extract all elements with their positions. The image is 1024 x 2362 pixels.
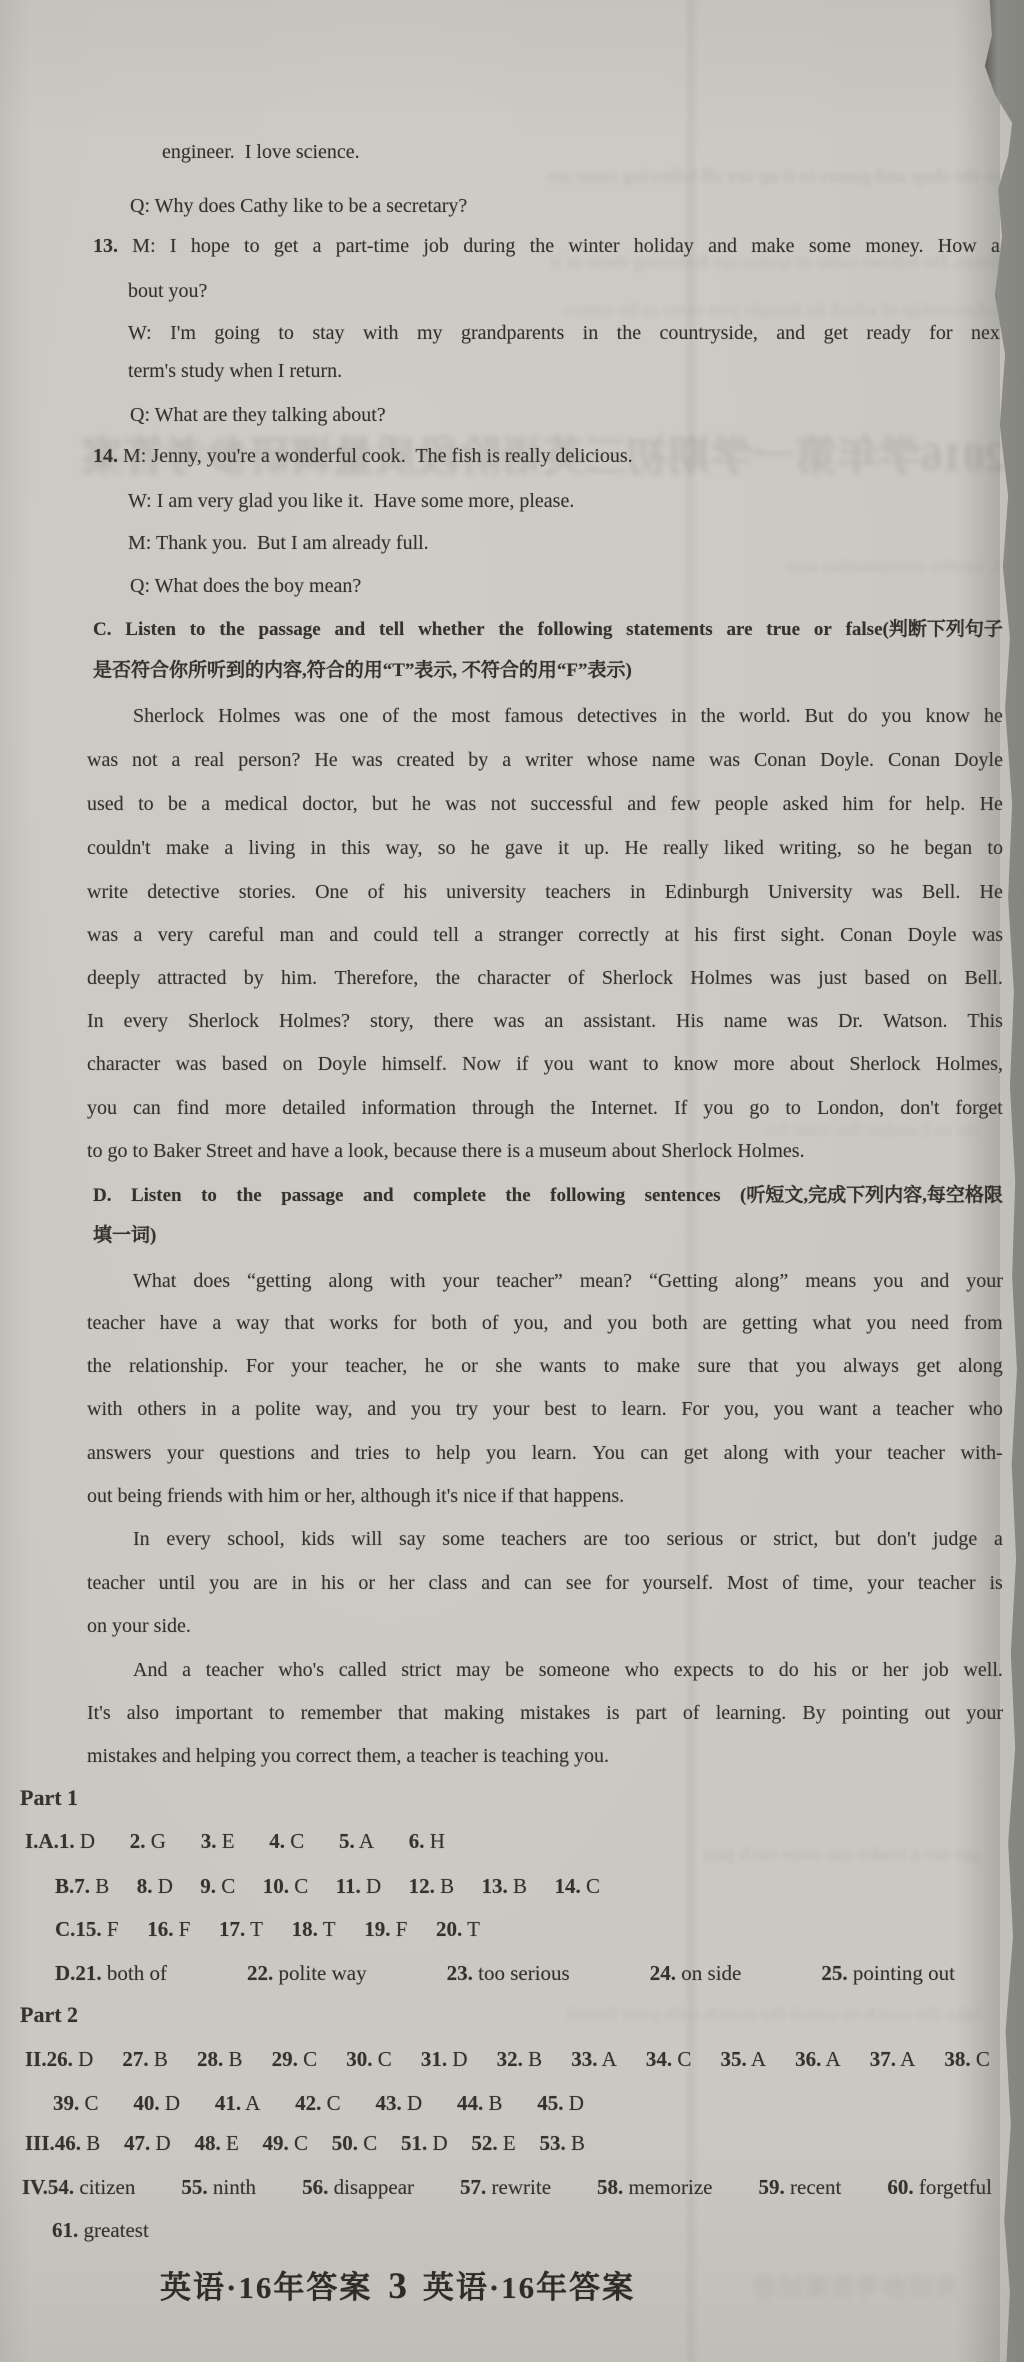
answer-item: 50. C [332,2129,378,2159]
answer-item: 12. B [409,1872,455,1902]
bleed-through-text: take the coach to watch the match with y… [560,2004,980,2026]
answers-line: B.7. B8. D9. C10. C11. D12. B13. B14. C [55,1872,600,1902]
passage-line: wasnotarealperson?Hewascreatedbyawriterw… [87,746,1003,776]
passage-line: Ineveryschool,kidswillsaysometeachersare… [133,1525,1003,1555]
answer-item: 59. recent [759,2173,842,2203]
answer-item: 20. T [436,1915,480,1945]
passage-line: teacherhaveawaythatworksforbothofyou,and… [87,1309,1003,1339]
answers-line: II.26. D27. B28. B29. C30. C31. D32. B33… [25,2045,990,2075]
passage-line: Andateacherwho'scalledstrictmaybesomeone… [133,1656,1003,1686]
bleed-through-text: got me a leader me some such jam [520,1844,980,1866]
passage-line: teacheruntilyouareinhisorherclassandcans… [87,1569,1003,1599]
answers-line: 39. C40. D41. A42. C43. D44. B45. D [53,2089,584,2119]
script-line: engineer. I love science. [162,138,360,168]
answers-line: III.46. B47. D48. E49. C50. C51. D52. E5… [25,2129,585,2159]
answer-item: III.46. B [25,2129,100,2159]
answers-line: I.A.1. D2. G3. E4. C5. A6. H [25,1827,445,1857]
script-line: 13.M:Ihopetogetapart-timejobduringthewin… [93,232,1000,262]
answer-item: 34. C [646,2045,692,2075]
passage-line: withothersinapoliteway,andyoutryyourbest… [87,1395,1003,1425]
answer-item: 40. D [133,2089,180,2119]
answer-item: 29. C [272,2045,318,2075]
answer-item: 13. B [482,1872,528,1902]
script-line: W:I'mgoingtostaywithmygrandparentsinthec… [128,319,1000,349]
page-footer: 英语·16年答案 3 英语·16年答案 [160,2262,635,2308]
answers-line: C.15. F16. F17. T18. T19. F20. T [55,1915,480,1945]
passage-line: therelationship.Foryourteacher,heorshewa… [87,1352,1003,1382]
answer-item: 55. ninth [181,2173,256,2203]
part-label: Part 1 [20,1784,78,1814]
answer-item: 30. C [346,2045,392,2075]
page-number: 3 [388,2265,407,2308]
script-line: term's study when I return. [128,357,342,387]
bleed-through-text: in the shop and games to it up are all f… [530,166,1000,188]
passage-line: Whatdoes“gettingalongwithyourteacher”mea… [133,1267,1003,1297]
answer-item: 48. E [194,2129,238,2159]
answer-item: 33. A [571,2045,617,2075]
answer-item: II.26. D [25,2045,93,2075]
answer-item: 56. disappear [302,2173,414,2203]
answer-item: 45. D [537,2089,584,2119]
passage-line: mistakes and helping you correct them, a… [87,1742,609,1772]
section-heading: D.Listentothepassageandcompletethefollow… [93,1182,1003,1212]
passage-line: couldn'tmakealivinginthisway,sohegaveitu… [87,834,1003,864]
passage-line: answersyourquestionsandtriestohelpyoulea… [87,1439,1003,1469]
script-line: Q: What does the boy mean? [130,572,361,602]
script-line: 14. M: Jenny, you're a wonderful cook. T… [93,442,633,472]
scanned-answer-page: 2016学年第一学期初三英语阶段质量调研参考答案in the shop and … [0,0,1024,2362]
answer-item: 28. B [197,2045,243,2075]
answer-item: 43. D [375,2089,422,2119]
answer-item: 27. B [122,2045,168,2075]
answer-item: 4. C [269,1827,304,1857]
answer-item: IV.54. citizen [22,2173,135,2203]
answer-item: 16. F [147,1915,190,1945]
answer-item: 57. rewrite [460,2173,551,2203]
script-line: bout you? [128,277,207,307]
paper-crease [683,0,699,2362]
bleed-through-text: L nestles continuation way [600,556,1000,578]
passage-line: IneverySherlockHolmes?story,therewasanas… [87,1007,1003,1037]
answer-item: 36. A [795,2045,841,2075]
footer-booklet-title: 英语·16年答案 [423,2262,635,2307]
passage-line: wasaverycarefulmanandcouldtellastrangerc… [87,921,1003,951]
answer-item: 6. H [409,1827,445,1857]
answer-item: 22. polite way [247,1959,367,1989]
section-heading: C.Listentothepassageandtellwhetherthefol… [93,616,1003,646]
answer-item: 38. C [944,2045,990,2075]
script-line: Q: What are they talking about? [130,401,386,431]
answer-item: 42. C [295,2089,341,2119]
answer-item: 51. D [401,2129,448,2159]
answer-item: 37. A [870,2045,916,2075]
passage-line: usedtobeamedicaldoctor,buthewasnotsucces… [87,790,1003,820]
answer-item: 2. G [130,1827,166,1857]
section-heading: 是否符合你所听到的内容,符合的用“T”表示, 不符合的用“F”表示) [93,657,632,687]
passage-line: characterwasbasedonDoylehimself.Nowifyou… [87,1050,1003,1080]
passage-line: writedetectivestories.Oneofhisuniversity… [87,878,1003,908]
passage-line: on your side. [87,1612,191,1642]
passage-line: to go to Baker Street and have a look, b… [87,1137,805,1167]
answer-item: 11. D [336,1872,382,1902]
answer-item: 19. F [364,1915,407,1945]
answer-item: 49. C [263,2129,309,2159]
script-line: M: Thank you. But I am already full. [128,529,429,559]
answer-item: 52. E [471,2129,515,2159]
answer-item: 25. pointing out [821,1959,955,1989]
answer-item: 53. B [539,2129,585,2159]
answer-item: 60. forgetful [887,2173,992,2203]
answer-item: 35. A [721,2045,767,2075]
answers-line: D.21. both of22. polite way23. too serio… [55,1959,955,1989]
section-heading: 填一词) [93,1222,156,1252]
answer-item: 58. memorize [597,2173,712,2203]
passage-line: out being friends with him or her, altho… [87,1482,624,1512]
answer-item: D.21. both of [55,1959,167,1989]
answer-item: 32. B [497,2045,543,2075]
answer-item: 23. too serious [447,1959,570,1989]
answer-item: 8. D [137,1872,173,1902]
part-label: Part 2 [20,2001,78,2031]
edge-shadow [954,0,1000,2362]
answer-item: B.7. B [55,1872,109,1902]
answer-item: C.15. F [55,1915,119,1945]
passage-line: SherlockHolmeswasoneofthemostfamousdetec… [133,702,1003,732]
answer-item: 10. C [263,1872,309,1902]
answer-item: 47. D [124,2129,171,2159]
script-line: Q: Why does Cathy like to be a secretary… [130,192,467,222]
answer-item: 14. C [554,1872,600,1902]
answer-item: 31. D [421,2045,468,2075]
passage-line: youcanfindmoredetailedinformationthrough… [87,1094,1003,1124]
answer-item: 24. on side [650,1959,742,1989]
answer-item: 41. A [215,2089,261,2119]
answer-item: 18. T [292,1915,336,1945]
script-line: W: I am very glad you like it. Have some… [128,487,574,517]
answers-line: IV.54. citizen55. ninth56. disappear57. … [22,2173,992,2203]
paper-texture [0,0,1024,2362]
answer-item: 9. C [200,1872,235,1902]
passage-line: deeplyattractedbyhim.Therefore,thecharac… [87,964,1003,994]
answer-item: 5. A [339,1827,374,1857]
passage-line: It'salsoimportanttorememberthatmakingmis… [87,1699,1003,1729]
answer-item: 44. B [457,2089,503,2119]
answers-line: 61. greatest [52,2216,149,2246]
torn-page-edge [980,0,1024,2362]
footer-booklet-title: 英语·16年答案 [160,2262,372,2307]
answer-item: I.A.1. D [25,1827,95,1857]
answer-item: 17. T [219,1915,263,1945]
bleed-through-text: 英语参考答案试卷 [620,2268,960,2305]
answer-item: 3. E [201,1827,235,1857]
answer-item: 39. C [53,2089,99,2119]
